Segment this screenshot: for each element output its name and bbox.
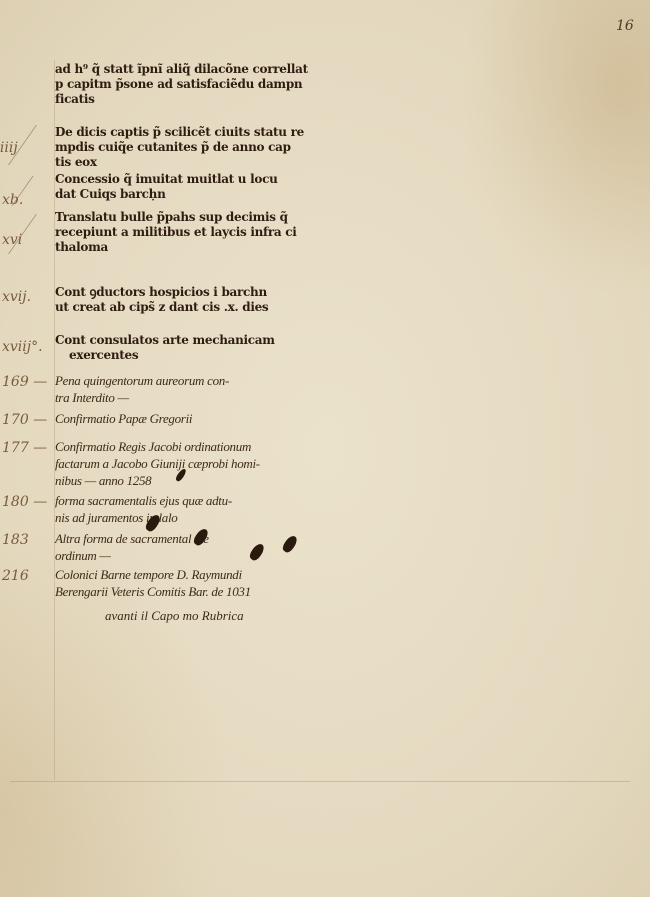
entry-text: ad h⁹ q̃ statt ĩpnĩ aliq̃ dilacõne corre… bbox=[55, 62, 325, 107]
entry-line: Confirmatio Regis Jacobi ordinationum bbox=[55, 438, 325, 455]
entry-text: Cont consulatos arte mechanicam exercent… bbox=[55, 333, 325, 363]
entry-line: nibus — anno 1258 bbox=[55, 472, 325, 489]
entry-line: factarum a Jacobo Giuniji cæprobi homi- bbox=[55, 455, 325, 472]
entry-line: Cont ꝯductors hospicios i barchn bbox=[55, 285, 325, 300]
margin-numeral: 169 — bbox=[2, 374, 52, 390]
entry-line: tis eox bbox=[55, 155, 325, 170]
entry-line: Concessio q̃ imuitat muitlat u locu bbox=[55, 172, 325, 187]
entry-text: Translatu bulle p̃pahs sup decimis q̃ re… bbox=[55, 210, 325, 255]
manuscript-page: 16 ad h⁹ q̃ statt ĩpnĩ aliq̃ dilacõne co… bbox=[0, 0, 650, 897]
margin-numeral: xviij°. bbox=[2, 339, 52, 355]
entry-line: Pena quingentorum aureorum con- bbox=[55, 372, 325, 389]
entry-text: Pena quingentorum aureorum con- tra Inte… bbox=[55, 372, 325, 406]
entry-line: tra Interdito — bbox=[55, 389, 325, 406]
entry-text: Confirmatio Regis Jacobi ordinationum fa… bbox=[55, 438, 325, 489]
entry-text: De dicis captis p̃ scilicẽt ciuits statu… bbox=[55, 125, 325, 170]
entry-line: p capitm p̃sone ad satisfaciẽdu dampn bbox=[55, 77, 325, 92]
entry-line: nis ad juramentos in lalo bbox=[55, 509, 325, 526]
entry-text: Colonici Barne tempore D. Raymundi Beren… bbox=[55, 566, 325, 600]
entry-line: exercentes bbox=[55, 348, 325, 363]
folio-number: 16 bbox=[616, 18, 634, 34]
entry-text: Cont ꝯductors hospicios i barchn ut crea… bbox=[55, 285, 325, 315]
entry-text: Confirmatio Papæ Gregorii bbox=[55, 410, 325, 427]
bottom-ruling-line bbox=[10, 781, 630, 782]
margin-numeral: 180 — bbox=[2, 494, 52, 510]
entry-line: Berengarii Veteris Comitis Bar. de 1031 bbox=[55, 583, 325, 600]
entry-line: thaloma bbox=[55, 240, 325, 255]
margin-numeral: 216 bbox=[2, 568, 52, 584]
entry-line: ad h⁹ q̃ statt ĩpnĩ aliq̃ dilacõne corre… bbox=[55, 62, 325, 77]
margin-numeral: xvij. bbox=[2, 289, 52, 305]
entry-line: Cont consulatos arte mechanicam bbox=[55, 333, 325, 348]
margin-numeral: 177 — bbox=[2, 440, 52, 456]
closing-note: avanti il Capo mo Rubrica bbox=[105, 608, 244, 624]
entry-line: forma sacramentalis ejus quæ adtu- bbox=[55, 492, 325, 509]
entry-line: dat Cuiqs barcḥn bbox=[55, 187, 325, 202]
entry-line: mpdis cuiq̃e cutanites p̃ de anno cap bbox=[55, 140, 325, 155]
margin-numeral: 170 — bbox=[2, 412, 52, 428]
entry-line: De dicis captis p̃ scilicẽt ciuits statu… bbox=[55, 125, 325, 140]
entry-line: Translatu bulle p̃pahs sup decimis q̃ bbox=[55, 210, 325, 225]
margin-numeral: 183 bbox=[2, 532, 52, 548]
entry-line: Confirmatio Papæ Gregorii bbox=[55, 410, 325, 427]
entry-text: Concessio q̃ imuitat muitlat u locu dat … bbox=[55, 172, 325, 202]
entry-text: forma sacramentalis ejus quæ adtu- nis a… bbox=[55, 492, 325, 526]
entry-line: recepiunt a militibus et laycis infra ci bbox=[55, 225, 325, 240]
entry-line: Colonici Barne tempore D. Raymundi bbox=[55, 566, 325, 583]
entry-line: ut creat ab cips̃ z dant cis .x. dies bbox=[55, 300, 325, 315]
entry-line: ficatis bbox=[55, 92, 325, 107]
